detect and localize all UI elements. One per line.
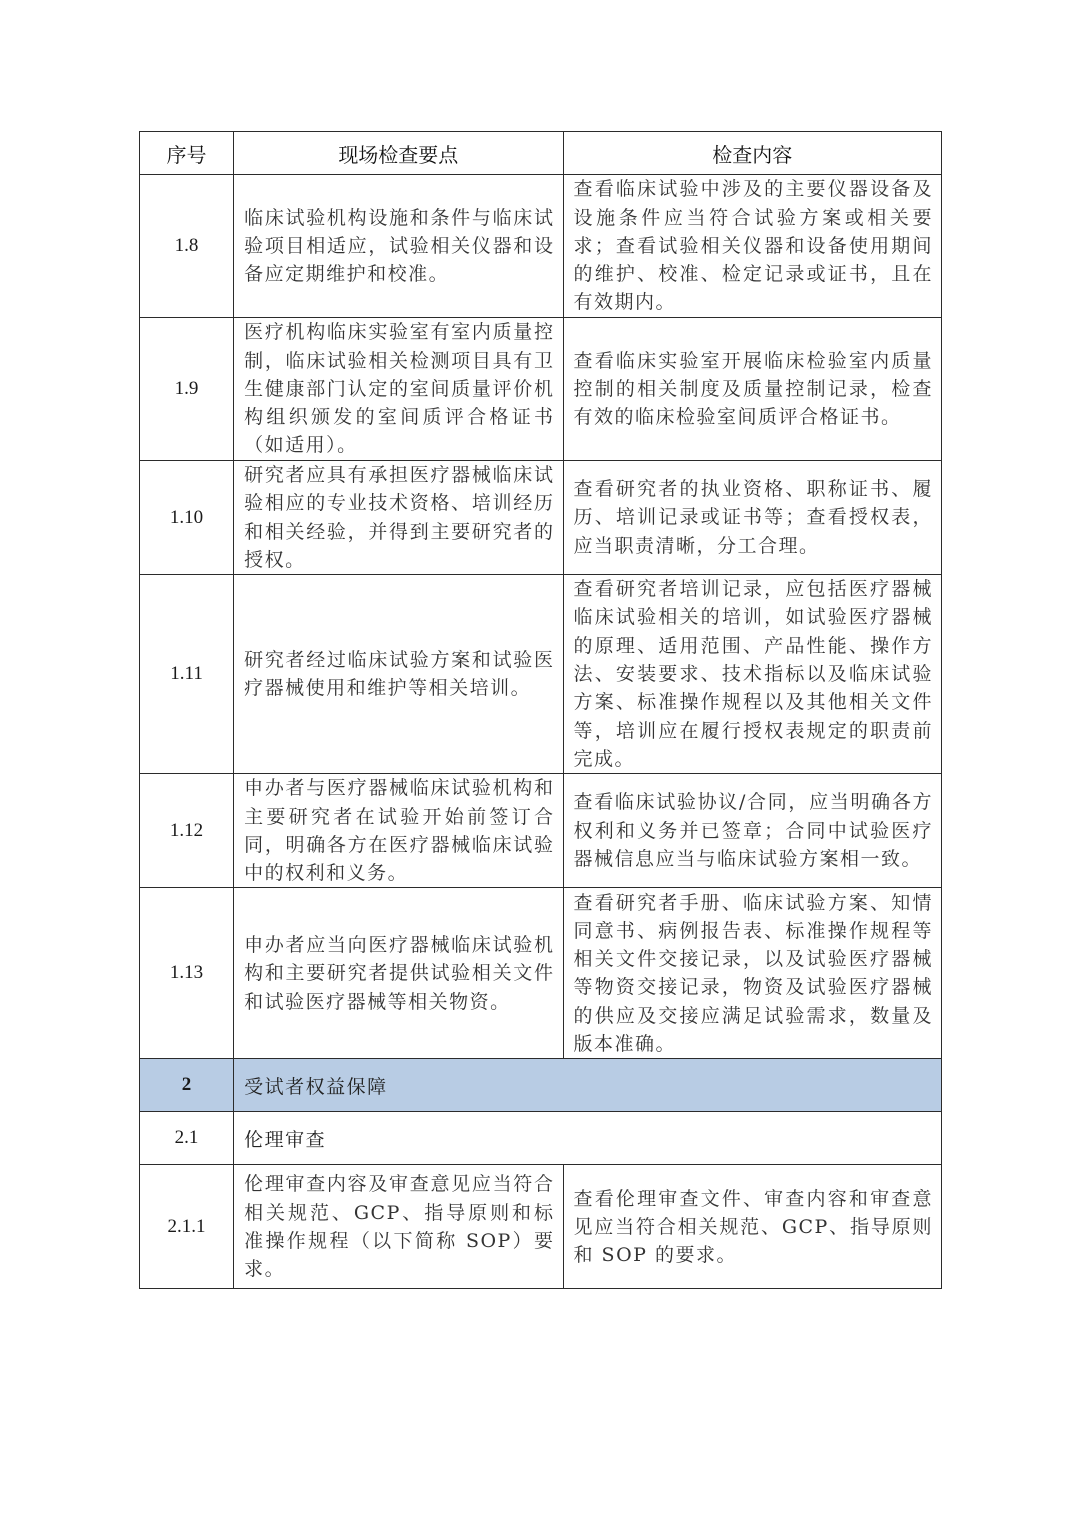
header-number: 序号 (140, 132, 234, 175)
row-number: 2.1.1 (140, 1165, 234, 1289)
subsection-title: 伦理审查 (234, 1112, 942, 1165)
row-key-point: 医疗机构临床实验室有室内质量控制，临床试验相关检测项目具有卫生健康部门认定的室间… (234, 318, 563, 461)
table-row: 1.13 申办者应当向医疗器械临床试验机构和主要研究者提供试验相关文件和试验医疗… (140, 888, 942, 1059)
row-key-point: 临床试验机构设施和条件与临床试验项目相适应，试验相关仪器和设备应定期维护和校准。 (234, 175, 563, 318)
row-number: 1.10 (140, 461, 234, 575)
section-title: 受试者权益保障 (234, 1059, 942, 1112)
row-content: 查看伦理审查文件、审查内容和审查意见应当符合相关规范、GCP、指导原则和 SOP… (563, 1165, 941, 1289)
row-content: 查看研究者手册、临床试验方案、知情同意书、病例报告表、标准操作规程等相关文件交接… (563, 888, 941, 1059)
row-number: 1.8 (140, 175, 234, 318)
table-row: 1.12 申办者与医疗器械临床试验机构和主要研究者在试验开始前签订合同，明确各方… (140, 774, 942, 888)
row-key-point: 伦理审查内容及审查意见应当符合相关规范、GCP、指导原则和标准操作规程（以下简称… (234, 1165, 563, 1289)
table-row: 1.11 研究者经过临床试验方案和试验医疗器械使用和维护等相关培训。 查看研究者… (140, 575, 942, 774)
row-number: 1.11 (140, 575, 234, 774)
table-row: 1.10 研究者应具有承担医疗器械临床试验相应的专业技术资格、培训经历和相关经验… (140, 461, 942, 575)
section-row: 2 受试者权益保障 (140, 1059, 942, 1112)
table-row: 2.1.1 伦理审查内容及审查意见应当符合相关规范、GCP、指导原则和标准操作规… (140, 1165, 942, 1289)
row-content: 查看临床实验室开展临床检验室内质量控制的相关制度及质量控制记录，检查有效的临床检… (563, 318, 941, 461)
row-content: 查看研究者的执业资格、职称证书、履历、培训记录或证书等；查看授权表，应当职责清晰… (563, 461, 941, 575)
section-number: 2 (140, 1059, 234, 1112)
row-key-point: 研究者应具有承担医疗器械临床试验相应的专业技术资格、培训经历和相关经验，并得到主… (234, 461, 563, 575)
row-key-point: 申办者与医疗器械临床试验机构和主要研究者在试验开始前签订合同，明确各方在医疗器械… (234, 774, 563, 888)
row-key-point: 研究者经过临床试验方案和试验医疗器械使用和维护等相关培训。 (234, 575, 563, 774)
subsection-number: 2.1 (140, 1112, 234, 1165)
inspection-table: 序号 现场检查要点 检查内容 1.8 临床试验机构设施和条件与临床试验项目相适应… (139, 131, 942, 1289)
table-row: 1.8 临床试验机构设施和条件与临床试验项目相适应，试验相关仪器和设备应定期维护… (140, 175, 942, 318)
row-key-point: 申办者应当向医疗器械临床试验机构和主要研究者提供试验相关文件和试验医疗器械等相关… (234, 888, 563, 1059)
row-number: 1.9 (140, 318, 234, 461)
subsection-row: 2.1 伦理审查 (140, 1112, 942, 1165)
row-content: 查看研究者培训记录，应包括医疗器械临床试验相关的培训，如试验医疗器械的原理、适用… (563, 575, 941, 774)
row-content: 查看临床试验协议/合同，应当明确各方权利和义务并已签章；合同中试验医疗器械信息应… (563, 774, 941, 888)
header-content: 检查内容 (563, 132, 941, 175)
header-key-point: 现场检查要点 (234, 132, 563, 175)
row-number: 1.13 (140, 888, 234, 1059)
row-content: 查看临床试验中涉及的主要仪器设备及设施条件应当符合试验方案或相关要求；查看试验相… (563, 175, 941, 318)
row-number: 1.12 (140, 774, 234, 888)
table-header-row: 序号 现场检查要点 检查内容 (140, 132, 942, 175)
table-row: 1.9 医疗机构临床实验室有室内质量控制，临床试验相关检测项目具有卫生健康部门认… (140, 318, 942, 461)
